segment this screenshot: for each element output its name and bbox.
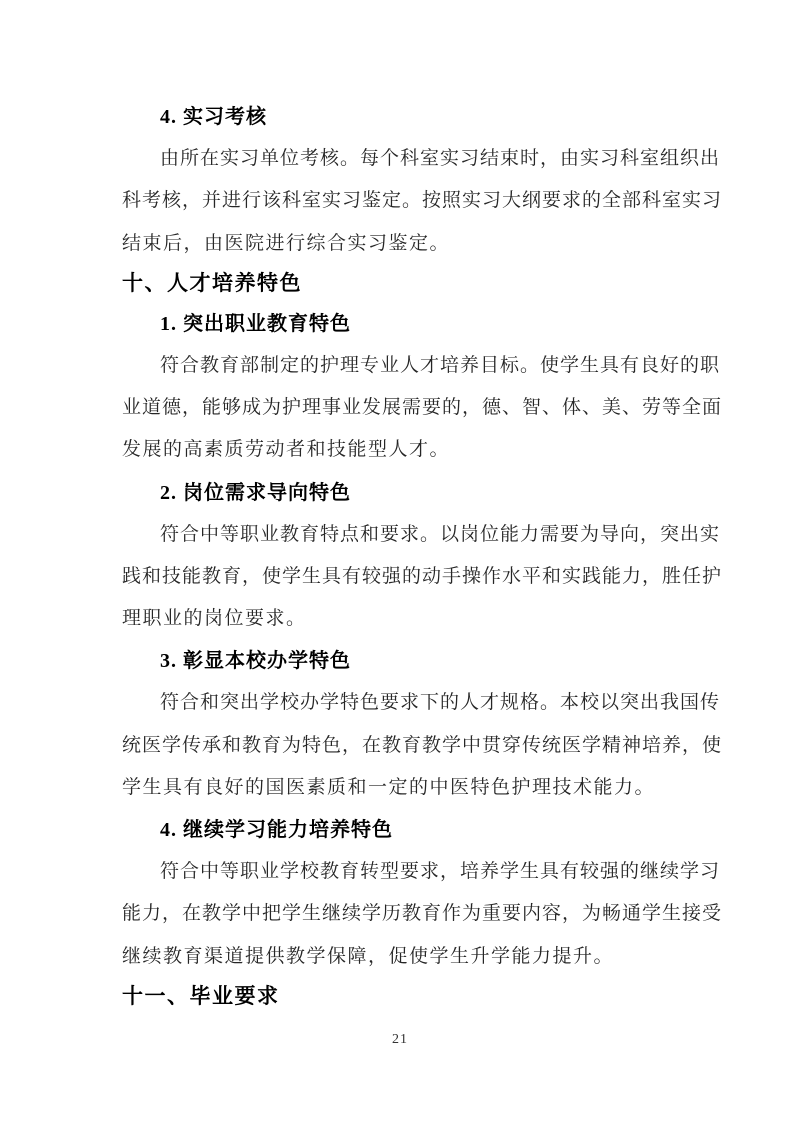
body-line: 发展的高素质劳动者和技能型人才。 <box>122 429 678 471</box>
body-line: 符合教育部制定的护理专业人才培养目标。使学生具有良好的职 <box>122 345 678 387</box>
body-line: 符合和突出学校办学特色要求下的人才规格。本校以突出我国传 <box>122 682 678 724</box>
body-line: 统医学传承和教育为特色，在教育教学中贯穿传统医学精神培养，使 <box>122 725 678 767</box>
body-line: 科考核，并进行该科室实习鉴定。按照实习大纲要求的全部科室实习 <box>122 180 678 222</box>
body-line: 符合中等职业学校教育转型要求，培养学生具有较强的继续学习 <box>122 851 678 893</box>
subsection-heading: 3. 彰显本校办学特色 <box>122 640 678 682</box>
body-line: 结束后，由医院进行综合实习鉴定。 <box>122 223 678 265</box>
body-line: 能力，在教学中把学生继续学历教育作为重要内容，为畅通学生接受 <box>122 893 678 935</box>
body-line: 理职业的岗位要求。 <box>122 598 678 640</box>
subsection-heading: 2. 岗位需求导向特色 <box>122 472 678 514</box>
chapter-heading: 十、人才培养特色 <box>122 265 678 303</box>
chapter-heading: 十一、毕业要求 <box>122 978 678 1016</box>
document-page: 4. 实习考核 由所在实习单位考核。每个科室实习结束时，由实习科室组织出 科考核… <box>0 0 800 1131</box>
body-line: 业道德，能够成为护理事业发展需要的，德、智、体、美、劳等全面 <box>122 387 678 429</box>
body-line: 由所在实习单位考核。每个科室实习结束时，由实习科室组织出 <box>122 138 678 180</box>
subsection-heading: 1. 突出职业教育特色 <box>122 303 678 345</box>
body-line: 符合中等职业教育特点和要求。以岗位能力需要为导向，突出实 <box>122 514 678 556</box>
body-line: 践和技能教育，使学生具有较强的动手操作水平和实践能力，胜任护 <box>122 556 678 598</box>
body-line: 继续教育渠道提供教学保障，促使学生升学能力提升。 <box>122 936 678 978</box>
subsection-heading: 4. 继续学习能力培养特色 <box>122 809 678 851</box>
subsection-heading: 4. 实习考核 <box>122 96 678 138</box>
document-content: 4. 实习考核 由所在实习单位考核。每个科室实习结束时，由实习科室组织出 科考核… <box>122 96 678 1016</box>
page-number: 21 <box>0 1032 800 1048</box>
body-line: 学生具有良好的国医素质和一定的中医特色护理技术能力。 <box>122 767 678 809</box>
